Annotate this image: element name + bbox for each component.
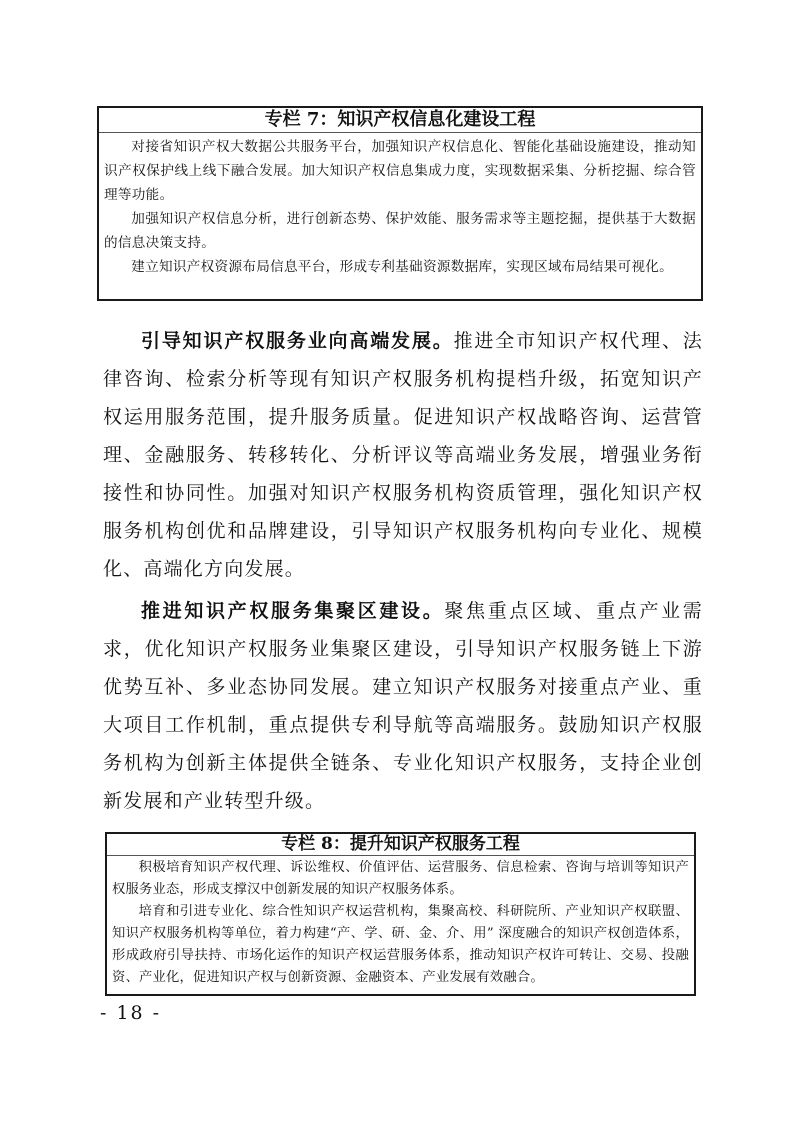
box-7-paragraph: 加强知识产权信息分析，进行创新态势、保护效能、服务需求等主题挖掘，提供基于大数据… (104, 207, 696, 255)
paragraph-heading: 推进知识产权服务集聚区建设。 (141, 600, 444, 622)
box-7-body: 对接省知识产权大数据公共服务平台，加强知识产权信息化、智能化基础设施建设，推动知… (99, 133, 701, 279)
box-7-paragraph: 对接省知识产权大数据公共服务平台，加强知识产权信息化、智能化基础设施建设，推动知… (104, 135, 696, 207)
paragraph-heading: 引导知识产权服务业向高端发展。 (141, 330, 454, 352)
sidebar-box-7: 专栏 7：知识产权信息化建设工程 对接省知识产权大数据公共服务平台，加强知识产权… (97, 106, 703, 301)
box-7-paragraph: 建立知识产权资源布局信息平台，形成专利基础资源数据库，实现区域布局结果可视化。 (104, 255, 696, 279)
box-7-title: 专栏 7：知识产权信息化建设工程 (99, 108, 701, 133)
box-8-paragraph: 培育和引进专业化、综合性知识产权运营机构，集聚高校、科研院所、产业知识产权联盟、… (112, 901, 689, 989)
box-8-title: 专栏 8：提升知识产权服务工程 (107, 834, 694, 856)
box-8-body: 积极培育知识产权代理、诉讼维权、价值评估、运营服务、信息检索、咨询与培训等知识产… (107, 856, 694, 989)
paragraph-text: 推进全市知识产权代理、法律咨询、检索分析等现有知识产权服务机构提档升级，拓宽知识… (103, 330, 703, 580)
body-paragraph-service-cluster: 推进知识产权服务集聚区建设。聚焦重点区域、重点产业需求，优化知识产权服务业集聚区… (103, 592, 703, 820)
sidebar-box-8: 专栏 8：提升知识产权服务工程 积极培育知识产权代理、诉讼维权、价值评估、运营服… (105, 832, 696, 996)
box-8-paragraph: 积极培育知识产权代理、诉讼维权、价值评估、运营服务、信息检索、咨询与培训等知识产… (112, 857, 689, 901)
paragraph-text: 聚焦重点区域、重点产业需求，优化知识产权服务业集聚区建设，引导知识产权服务链上下… (103, 600, 703, 812)
body-paragraph-service-high-end: 引导知识产权服务业向高端发展。推进全市知识产权代理、法律咨询、检索分析等现有知识… (103, 322, 703, 588)
page-number: - 18 - (100, 1002, 161, 1024)
